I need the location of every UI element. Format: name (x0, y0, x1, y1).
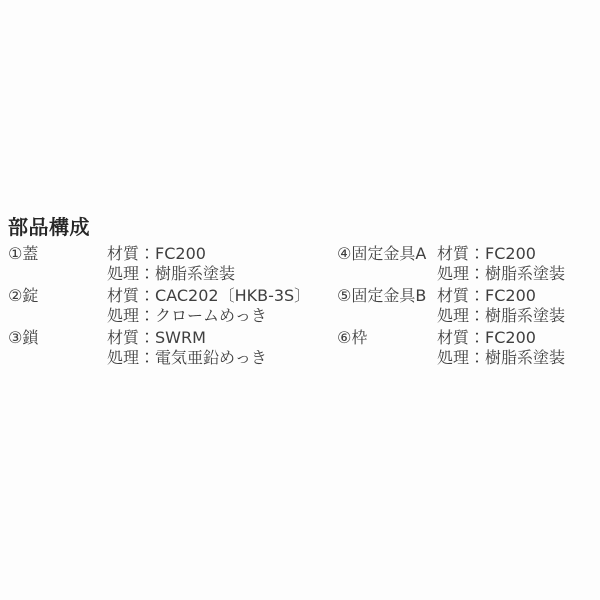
treatment-label: 処理： (437, 348, 485, 367)
treatment-value: クロームめっき (155, 306, 267, 325)
parts-columns: ①蓋 材質：FC200 処理：樹脂系塗装 ②錠 材質：CAC202〔HKB-3S… (8, 244, 592, 370)
treatment-row: 処理：樹脂系塗装 (437, 264, 592, 284)
material-value: FC200 (485, 244, 536, 263)
treatment-row: 処理：樹脂系塗装 (437, 306, 592, 326)
treatment-row: 処理：クロームめっき (107, 306, 337, 326)
material-value: FC200 (485, 328, 536, 347)
part-name: ④固定金具A (337, 244, 437, 284)
parts-column-left: ①蓋 材質：FC200 処理：樹脂系塗装 ②錠 材質：CAC202〔HKB-3S… (8, 244, 337, 370)
part-item: ⑥枠 材質：FC200 処理：樹脂系塗装 (337, 328, 592, 368)
treatment-row: 処理：樹脂系塗装 (437, 348, 592, 368)
part-item: ③鎖 材質：SWRM 処理：電気亜鉛めっき (8, 328, 337, 368)
material-value: CAC202〔HKB-3S〕 (155, 286, 310, 305)
material-row: 材質：FC200 (437, 244, 592, 264)
material-label: 材質： (107, 328, 155, 347)
part-name: ②錠 (8, 286, 107, 326)
material-row: 材質：FC200 (107, 244, 337, 264)
material-row: 材質：FC200 (437, 286, 592, 306)
document-page: { "page": { "background_color": "#fdfdfd… (0, 0, 600, 600)
treatment-label: 処理： (437, 306, 485, 325)
material-row: 材質：CAC202〔HKB-3S〕 (107, 286, 337, 306)
material-label: 材質： (437, 328, 485, 347)
treatment-value: 樹脂系塗装 (485, 306, 565, 325)
material-value: SWRM (155, 328, 206, 347)
treatment-value: 樹脂系塗装 (485, 348, 565, 367)
part-props: 材質：FC200 処理：樹脂系塗装 (437, 328, 592, 368)
treatment-label: 処理： (107, 264, 155, 283)
treatment-label: 処理： (107, 348, 155, 367)
treatment-row: 処理：電気亜鉛めっき (107, 348, 337, 368)
material-value: FC200 (155, 244, 206, 263)
part-name: ⑤固定金具B (337, 286, 437, 326)
part-item: ①蓋 材質：FC200 処理：樹脂系塗装 (8, 244, 337, 284)
parts-composition-section: 部品構成 ①蓋 材質：FC200 処理：樹脂系塗装 ②錠 材質：CAC202〔H… (8, 214, 592, 370)
part-props: 材質：FC200 処理：樹脂系塗装 (437, 244, 592, 284)
part-name: ①蓋 (8, 244, 107, 284)
part-props: 材質：FC200 処理：樹脂系塗装 (107, 244, 337, 284)
treatment-label: 処理： (437, 264, 485, 283)
section-title: 部品構成 (8, 214, 592, 240)
part-props: 材質：FC200 処理：樹脂系塗装 (437, 286, 592, 326)
part-item: ④固定金具A 材質：FC200 処理：樹脂系塗装 (337, 244, 592, 284)
treatment-value: 樹脂系塗装 (155, 264, 235, 283)
part-props: 材質：CAC202〔HKB-3S〕 処理：クロームめっき (107, 286, 337, 326)
material-label: 材質： (107, 244, 155, 263)
treatment-value: 電気亜鉛めっき (155, 348, 267, 367)
treatment-label: 処理： (107, 306, 155, 325)
material-row: 材質：SWRM (107, 328, 337, 348)
material-label: 材質： (107, 286, 155, 305)
parts-column-right: ④固定金具A 材質：FC200 処理：樹脂系塗装 ⑤固定金具B 材質：FC200… (337, 244, 592, 370)
part-item: ②錠 材質：CAC202〔HKB-3S〕 処理：クロームめっき (8, 286, 337, 326)
part-name: ⑥枠 (337, 328, 437, 368)
material-label: 材質： (437, 286, 485, 305)
material-row: 材質：FC200 (437, 328, 592, 348)
part-name: ③鎖 (8, 328, 107, 368)
material-value: FC200 (485, 286, 536, 305)
treatment-row: 処理：樹脂系塗装 (107, 264, 337, 284)
part-props: 材質：SWRM 処理：電気亜鉛めっき (107, 328, 337, 368)
material-label: 材質： (437, 244, 485, 263)
part-item: ⑤固定金具B 材質：FC200 処理：樹脂系塗装 (337, 286, 592, 326)
treatment-value: 樹脂系塗装 (485, 264, 565, 283)
